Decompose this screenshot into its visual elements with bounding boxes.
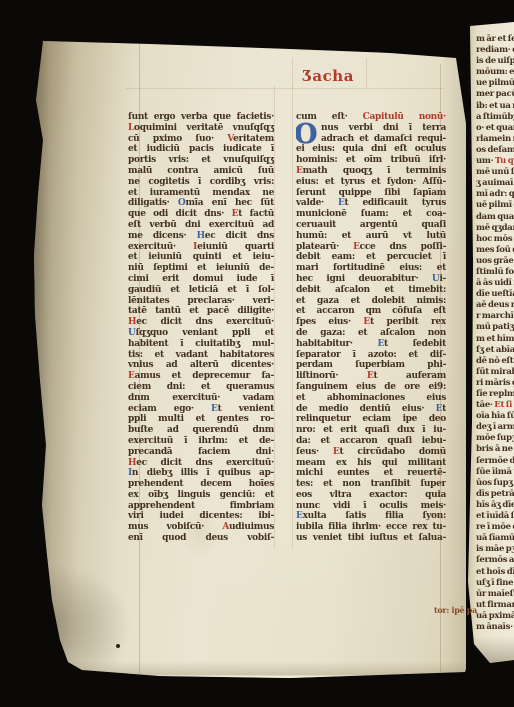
text-line: habitent ī ciuitatibʒ mul- — [128, 339, 274, 350]
text-line: iubila filia ihrlm· ecce rex tu- — [296, 522, 446, 533]
text-line: relinquetur eciam ipe deo — [296, 414, 446, 425]
text-line: uſʒ ī fine· — [476, 578, 514, 589]
ruling-line — [126, 88, 444, 89]
text-line: diligatis· Omīa enī hec ſūt — [128, 198, 274, 209]
text-line: uē pilmī et — [476, 200, 514, 211]
text-line: ſerunt quippe ſibi ſapīam — [296, 188, 446, 199]
text-line: mer pacū g — [476, 89, 514, 100]
text-line: dīs petrā· — [476, 489, 514, 500]
text-line: et ieiuniū quinti et ieiu- — [128, 252, 274, 263]
text-line: ſermōs aī — [476, 555, 514, 566]
text-line: eciam ego· Et venient — [128, 404, 274, 415]
text-line: et abhominaciones eius — [296, 393, 446, 404]
text-line: mē unū ſp — [476, 167, 514, 178]
text-line: m ānaīs· — [476, 622, 514, 633]
text-line: portis vris: et vnuſquiſqʒ — [128, 155, 274, 166]
text-line: ceruauit argentū quaſi — [296, 220, 446, 231]
text-line: viri iudei dicentes: ibi- — [128, 511, 274, 522]
text-line: Emath quoqʒ ī terminis — [296, 166, 446, 177]
text-line: dīe ueſtīa — [476, 289, 514, 300]
manuscript-page: Ʒacha ſunt ergo verba que facietis·Loqui… — [30, 36, 466, 681]
text-line: lēnitates preclaras· veri- — [128, 296, 274, 307]
text-line: ſīe replmā — [476, 389, 514, 400]
text-line: et gaza et dolebit nimis: — [296, 296, 446, 307]
text-line: ib: et ua na — [476, 101, 514, 112]
text-line: rlamein nū — [476, 134, 514, 145]
text-line: uā ſīamū — [476, 533, 514, 544]
stain — [116, 644, 120, 648]
text-line: hīs āʒ dīe — [476, 500, 514, 511]
text-line: prehendent decem hoīes — [128, 479, 274, 490]
text-column-right: O cum eſt· Capitulū nonū·nus verbi dni ī… — [296, 112, 446, 548]
stain — [240, 34, 260, 42]
text-line: tes: et non tranſibit ſuper — [296, 479, 446, 490]
text-line: ue pilmūr a — [476, 78, 514, 89]
text-line: ſpes eius· Et peribit rex — [296, 317, 446, 328]
text-line: oīa hīa ſū — [476, 411, 514, 422]
text-line: mōum: et o — [476, 67, 514, 78]
text-line: et hoīs dīr — [476, 567, 514, 578]
text-line: ſermōe dī — [476, 456, 514, 467]
text-line: In diebʒ illis ī quibus ap- — [128, 468, 274, 479]
text-line: m ār et ſe — [476, 34, 514, 45]
text-line: aē deus mī — [476, 300, 514, 311]
text-line: ſanguinem eius de ore ei9: — [296, 382, 446, 393]
text-line: ſūt mirabī — [476, 367, 514, 378]
text-line: ex oībʒ linguis genciū: et — [128, 490, 274, 501]
text-line: liſtinorū· Et auferam — [296, 371, 446, 382]
text-line: debit eam: et percuciet ī — [296, 252, 446, 263]
text-line: precandā faciem dni· — [128, 447, 274, 458]
text-line: dam quaſi — [476, 212, 514, 223]
running-title: Ʒacha — [268, 67, 388, 85]
text-line: et īuīdā ſ — [476, 511, 514, 522]
text-line: hominis: et oīm tribuū iſrl· — [296, 155, 446, 166]
text-line: niū ſeptimi et ieiuniū de- — [128, 263, 274, 274]
text-line: exercituū· Ieiuniū quarti — [128, 242, 274, 253]
stain — [278, 38, 342, 52]
text-line: eſt verbū dni exercituū ad — [128, 220, 274, 231]
next-page-edge: m ār et ſerediam· etis de uiſpamōum: et … — [460, 22, 514, 670]
text-line: nunc vidi ī oculis meis· — [296, 501, 446, 512]
text-line: ſunt ergo verba que facietis· — [128, 112, 274, 123]
text-line: meam ex his qui militant — [296, 458, 446, 469]
next-page-text-column: m ār et ſerediam· etis de uiſpamōum: et … — [476, 34, 514, 633]
text-line: o· et quan — [476, 123, 514, 134]
text-line: buſte ad querendū dnm — [128, 425, 274, 436]
text-line: Uſqʒquo veniant ppli et — [128, 328, 274, 339]
text-line: ciem dni: et queramus — [128, 382, 274, 393]
text-line: ūr maīeſta — [476, 589, 514, 600]
text-line: malū contra amicū ſuū — [128, 166, 274, 177]
text-line: tāe· Et ſi — [476, 400, 514, 411]
text-line: tis: et vadant habitatores — [128, 350, 274, 361]
text-line: eius: et tyrus et ſydon· Aſſū- — [296, 177, 446, 188]
text-line: mari fortitudinē eius: et — [296, 263, 446, 274]
text-line: ſeus· Et circūdabo domū — [296, 447, 446, 458]
text-line: enī quod deus vobiſ- — [128, 533, 274, 544]
text-line: ppli multi et gentes ro- — [128, 414, 274, 425]
text-line: bris ā ne a — [476, 444, 514, 455]
text-line: ri māris d — [476, 378, 514, 389]
text-line: a ſtimūbʒ — [476, 112, 514, 123]
text-line: os deſam· — [476, 145, 514, 156]
text-line: ſtimlū fors — [476, 267, 514, 278]
text-line: ſʒ et abīam — [476, 345, 514, 356]
text-line: platearū· Ecce dns poſſi- — [296, 242, 446, 253]
text-line: Exulta ſatis filia ſyon: — [296, 511, 446, 522]
text-line: dnm exercituū· vadam — [128, 393, 274, 404]
text-line: gaudiū et leticiā et ī ſol- — [128, 285, 274, 296]
text-line: ā ās uidī m — [476, 278, 514, 289]
text-line: ūos ſupʒ d — [476, 478, 514, 489]
text-line: tatē tantū et pacē diligite· — [128, 306, 274, 317]
text-line: que odi dicit dns· Et factū — [128, 209, 274, 220]
illuminated-initial: O — [296, 121, 320, 151]
text-line: Hec dicit dns exercituū· — [128, 458, 274, 469]
text-line: ut firmam — [476, 600, 514, 611]
text-line: re ī mōe dī — [476, 522, 514, 533]
text-line: municionē ſuam: et coa- — [296, 209, 446, 220]
text-line: valde· Et edificauit tyrus — [296, 198, 446, 209]
text-line: Hec dicit dns exercituū· — [128, 317, 274, 328]
text-line: mī adr: qʒ — [476, 189, 514, 200]
text-line: exercituū ī ihrlm: et de- — [128, 436, 274, 447]
text-line: m et hīmīs — [476, 334, 514, 345]
text-line: michi euntes et reuertē- — [296, 468, 446, 479]
text-line: et iuramentū mendax ne — [128, 188, 274, 199]
text-line: is de uiſpa — [476, 56, 514, 67]
text-line: de gaza: et aſcalon non — [296, 328, 446, 339]
text-line: r marchī ſ — [476, 311, 514, 322]
text-line: is māe pʒ — [476, 544, 514, 555]
text-line: perdam ſuperbiam phi- — [296, 360, 446, 371]
text-line: Loquimini veritatē vnuſqſqʒ — [128, 123, 274, 134]
text-line: et iudiciū pacis iudicate ī — [128, 144, 274, 155]
text-line: mus vobiſcū· Audiuimus — [128, 522, 274, 533]
text-line: vnius ad alterū dicentes· — [128, 360, 274, 371]
text-line: Eamus et deprecemur fa- — [128, 371, 274, 382]
ruling-line — [274, 86, 275, 548]
text-line: us veniet tibi iuſtus et ſalua- — [296, 533, 446, 544]
text-line: da: et accaron quaſi iebu- — [296, 436, 446, 447]
text-line: habitabitur· Et ſedebit — [296, 339, 446, 350]
text-line: de medio dentiū eius· Et — [296, 404, 446, 415]
text-line: rediam· et — [476, 45, 514, 56]
text-line: mōe ſupʒ — [476, 433, 514, 444]
text-column-left: ſunt ergo verba que facietis·Loquimini v… — [128, 112, 274, 548]
text-line: ne cogitetis ī cordibʒ vris: — [128, 177, 274, 188]
text-line: cimi erit domui iude ī — [128, 274, 274, 285]
text-line: hec igni deuorabitur· Ui- — [296, 274, 446, 285]
text-line: um· Tu quā — [476, 156, 514, 167]
text-line: ſeparator ī azoto: et diſ- — [296, 350, 446, 361]
text-line: mē qʒdam — [476, 223, 514, 234]
text-line: ʒ auimaī h — [476, 178, 514, 189]
text-line: humū: et aurū vt lutū — [296, 231, 446, 242]
text-line: eos vltra exactor: quia — [296, 490, 446, 501]
text-line: deʒ ī arm — [476, 422, 514, 433]
text-line: et accaron qm cōfuſa eſt — [296, 306, 446, 317]
ruling-line — [292, 86, 293, 548]
text-line: hoc mōs et — [476, 234, 514, 245]
text-line: me dicens· Hec dicit dns — [128, 231, 274, 242]
text-line: dē nō eſtri — [476, 356, 514, 367]
text-line: ſūe īimā u — [476, 467, 514, 478]
text-line: uos grāe: et — [476, 256, 514, 267]
text-line: apprehendent fimbriam — [128, 501, 274, 512]
text-line: debit aſcalon et timebit: — [296, 285, 446, 296]
text-line: nro: et erit quaſi dux ī iu- — [296, 425, 446, 436]
text-line: mū patiʒ u — [476, 322, 514, 333]
text-line: uā pximāʒ — [476, 611, 514, 622]
text-line: mes ſoū de — [476, 245, 514, 256]
photograph-scene: m ār et ſerediam· etis de uiſpamōum: et … — [0, 0, 514, 707]
text-line: cū pximo ſuo· Veritatem — [128, 134, 274, 145]
